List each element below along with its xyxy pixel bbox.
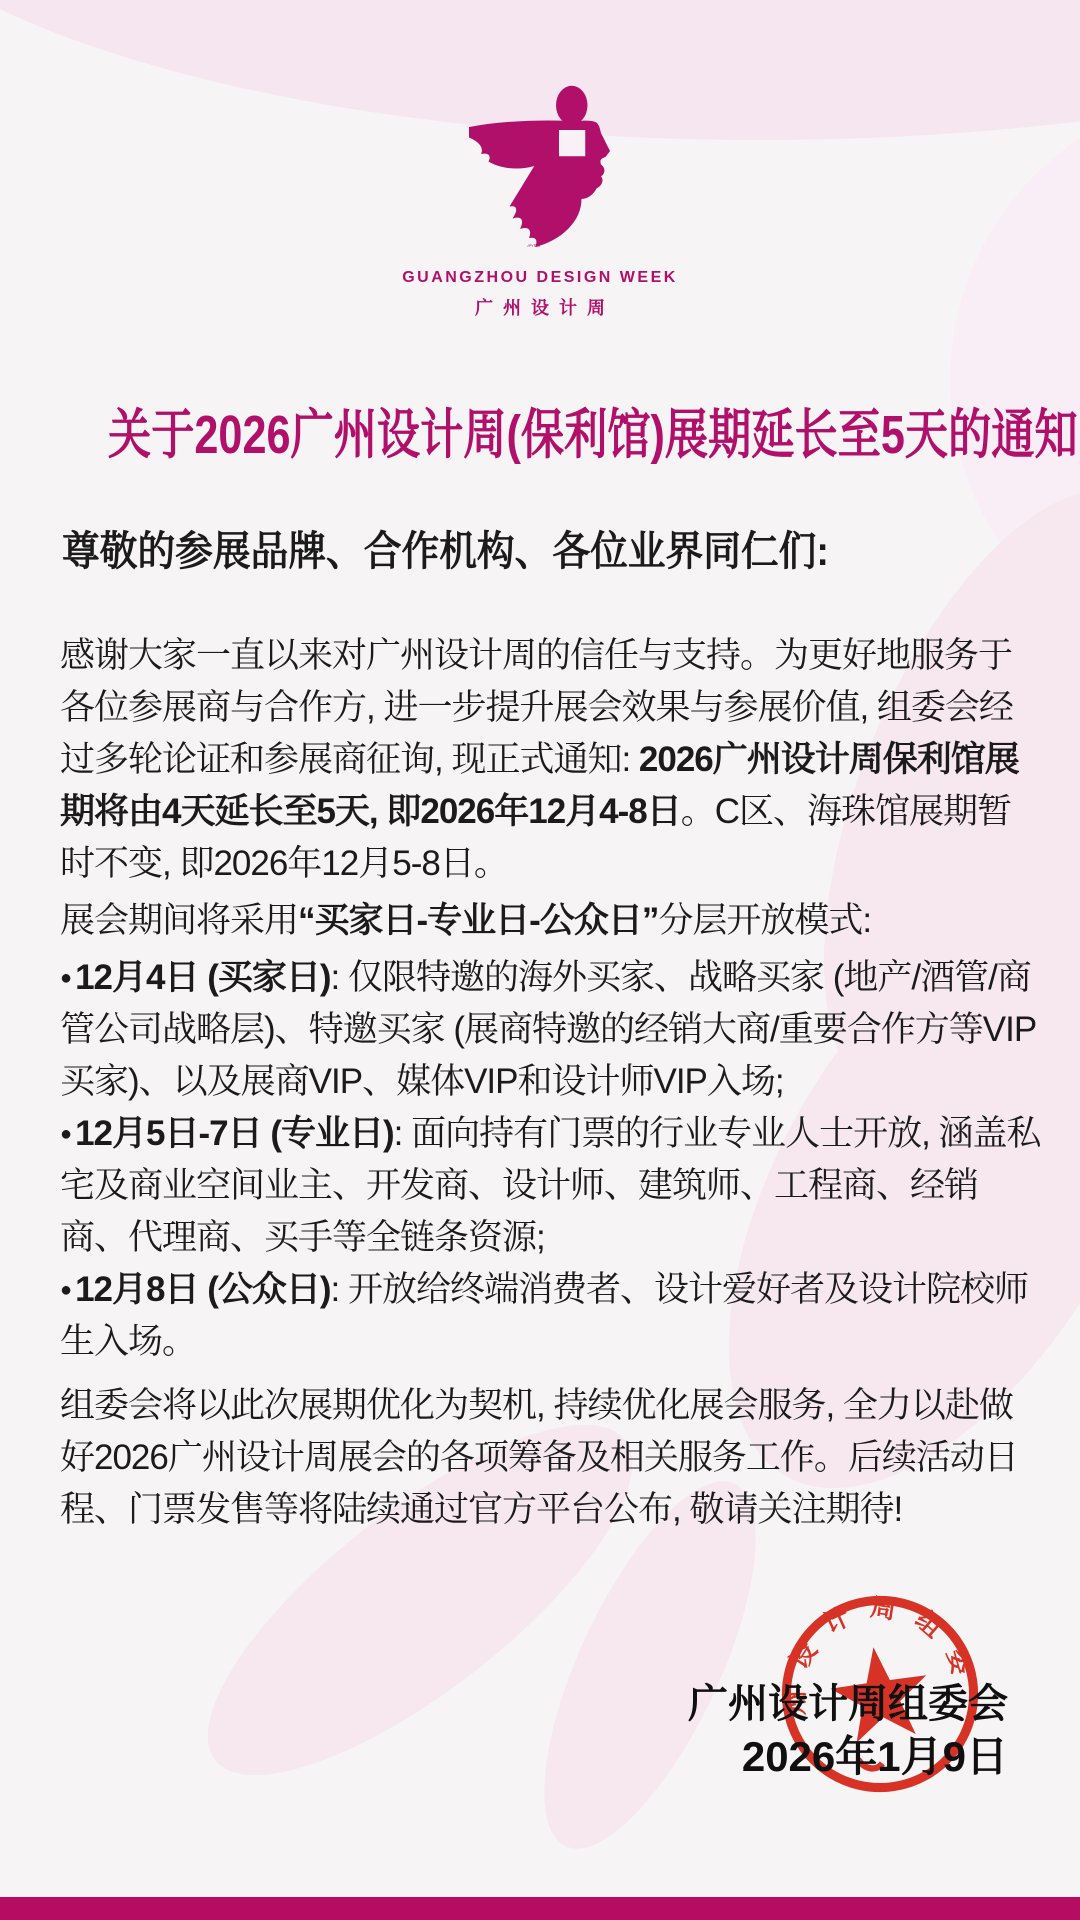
notice-title: 关于2026广州设计周(保利馆)展期延长至5天的通知 [108, 392, 972, 469]
signature-date: 2026年1月9日 [742, 1724, 1008, 1784]
bullet-buyer-day: ●12月4日 (买家日): 仅限特邀的海外买家、战略买家 (地产/酒管/商管公司… [60, 952, 1045, 1108]
signature-organizer: 广州设计周组委会 [688, 1672, 1008, 1729]
bullet-professional-day: ●12月5日-7日 (专业日): 面向持有门票的行业专业人士开放, 涵盖私宅及商… [60, 1108, 1045, 1264]
notice-poster: ©™ GUANGZHOU DESIGN WEEK 广州设计周 关于2026广州设… [0, 0, 1080, 1920]
logo-wordmark-cn: 广州设计周 [0, 294, 1080, 320]
greeting-line: 尊敬的参展品牌、合作机构、各位业界同仁们: [62, 518, 829, 577]
paragraph-open-mode: 展会期间将采用“买家日-专业日-公众日”分层开放模式: [60, 895, 1045, 947]
paragraph-closing: 组委会将以此次展期优化为契机, 持续优化展会服务, 全力以赴做好2026广州设计… [60, 1380, 1045, 1536]
logo-trademark: ©™ [528, 242, 541, 247]
bullet-public-day: ●12月8日 (公众日): 开放给终端消费者、设计爱好者及设计院校师生入场。 [60, 1264, 1045, 1368]
guangzhou-design-week-logo-icon: ©™ [463, 85, 613, 247]
logo-wordmark-en: GUANGZHOU DESIGN WEEK [0, 269, 1080, 287]
footer-accent-bar [0, 1897, 1080, 1920]
paragraph-announcement: 感谢大家一直以来对广州设计周的信任与支持。为更好地服务于各位参展商与合作方, 进… [60, 630, 1045, 890]
